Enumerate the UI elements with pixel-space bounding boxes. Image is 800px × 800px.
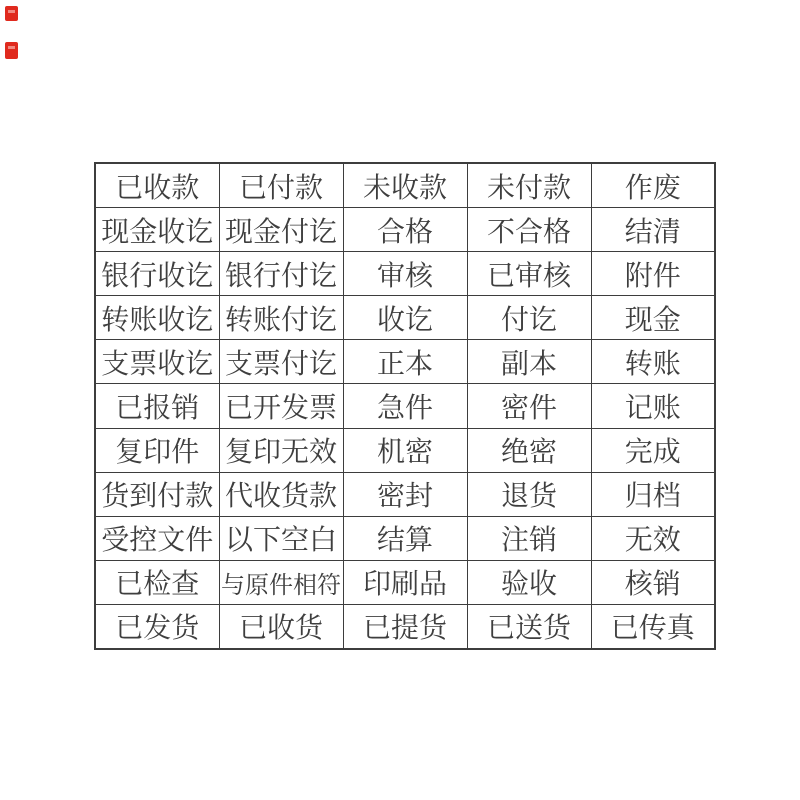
stamp-text-cell: 与原件相符 <box>219 560 343 604</box>
stamp-text-cell: 已付款 <box>219 163 343 208</box>
stamp-text-cell: 已报销 <box>95 384 219 428</box>
stamp-text-cell: 已发货 <box>95 604 219 649</box>
stamp-text-cell: 归档 <box>591 472 715 516</box>
stamp-text-cell: 未付款 <box>467 163 591 208</box>
stamp-text-cell: 作废 <box>591 163 715 208</box>
stamp-text-cell: 印刷品 <box>343 560 467 604</box>
stamp-text-cell: 付讫 <box>467 296 591 340</box>
stamp-text-cell: 以下空白 <box>219 516 343 560</box>
stamp-text-cell: 受控文件 <box>95 516 219 560</box>
stamp-text-cell: 已提货 <box>343 604 467 649</box>
stamp-text-cell: 正本 <box>343 340 467 384</box>
stamp-text-cell: 已传真 <box>591 604 715 649</box>
stamp-text-cell: 复印件 <box>95 428 219 472</box>
table-row: 复印件复印无效机密绝密完成 <box>95 428 715 472</box>
stamp-text-cell: 收讫 <box>343 296 467 340</box>
table-row: 已报销已开发票急件密件记账 <box>95 384 715 428</box>
stamp-options-table: 已收款已付款未收款未付款作废现金收讫现金付讫合格不合格结清银行收讫银行付讫审核已… <box>94 162 716 650</box>
stamp-text-cell: 转账 <box>591 340 715 384</box>
stamp-text-cell: 结清 <box>591 208 715 252</box>
stamp-text-cell: 副本 <box>467 340 591 384</box>
stamp-text-cell: 货到付款 <box>95 472 219 516</box>
stamp-text-cell: 现金收讫 <box>95 208 219 252</box>
stamp-text-cell: 已审核 <box>467 252 591 296</box>
stamp-text-cell: 完成 <box>591 428 715 472</box>
table-row: 已检查与原件相符印刷品验收核销 <box>95 560 715 604</box>
stamp-text-cell: 注销 <box>467 516 591 560</box>
stamp-text-cell: 支票收讫 <box>95 340 219 384</box>
stamp-text-sheet: 已收款已付款未收款未付款作废现金收讫现金付讫合格不合格结清银行收讫银行付讫审核已… <box>0 0 800 800</box>
stamp-text-cell: 审核 <box>343 252 467 296</box>
stamp-text-cell: 现金 <box>591 296 715 340</box>
stamp-text-cell: 合格 <box>343 208 467 252</box>
stamp-text-cell: 核销 <box>591 560 715 604</box>
stamp-text-cell: 已开发票 <box>219 384 343 428</box>
stamp-text-cell: 机密 <box>343 428 467 472</box>
stamp-text-cell: 转账收讫 <box>95 296 219 340</box>
table-row: 已发货已收货已提货已送货已传真 <box>95 604 715 649</box>
stamp-text-cell: 记账 <box>591 384 715 428</box>
stamp-text-cell: 现金付讫 <box>219 208 343 252</box>
stamp-text-cell: 附件 <box>591 252 715 296</box>
stamp-text-cell: 不合格 <box>467 208 591 252</box>
stamp-text-cell: 结算 <box>343 516 467 560</box>
stamp-text-cell: 银行付讫 <box>219 252 343 296</box>
stamp-text-cell: 未收款 <box>343 163 467 208</box>
stamp-text-cell: 已送货 <box>467 604 591 649</box>
table-row: 受控文件以下空白结算注销无效 <box>95 516 715 560</box>
table-row: 货到付款代收货款密封退货归档 <box>95 472 715 516</box>
table-row: 转账收讫转账付讫收讫付讫现金 <box>95 296 715 340</box>
broken-image-icon <box>5 6 18 21</box>
stamp-text-cell: 密件 <box>467 384 591 428</box>
stamp-text-cell: 银行收讫 <box>95 252 219 296</box>
stamp-text-cell: 已收款 <box>95 163 219 208</box>
table-row: 已收款已付款未收款未付款作废 <box>95 163 715 208</box>
stamp-text-cell: 转账付讫 <box>219 296 343 340</box>
stamp-text-cell: 复印无效 <box>219 428 343 472</box>
stamp-text-cell: 已收货 <box>219 604 343 649</box>
stamp-text-cell: 代收货款 <box>219 472 343 516</box>
stamp-text-cell: 绝密 <box>467 428 591 472</box>
broken-image-icon <box>5 42 18 59</box>
stamp-text-cell: 支票付讫 <box>219 340 343 384</box>
stamp-text-cell: 无效 <box>591 516 715 560</box>
stamp-text-cell: 验收 <box>467 560 591 604</box>
stamp-text-cell: 急件 <box>343 384 467 428</box>
stamp-text-cell: 退货 <box>467 472 591 516</box>
table-row: 银行收讫银行付讫审核已审核附件 <box>95 252 715 296</box>
table-row: 支票收讫支票付讫正本副本转账 <box>95 340 715 384</box>
stamp-text-cell: 密封 <box>343 472 467 516</box>
stamp-text-cell: 已检查 <box>95 560 219 604</box>
table-body: 已收款已付款未收款未付款作废现金收讫现金付讫合格不合格结清银行收讫银行付讫审核已… <box>95 163 715 649</box>
table-row: 现金收讫现金付讫合格不合格结清 <box>95 208 715 252</box>
